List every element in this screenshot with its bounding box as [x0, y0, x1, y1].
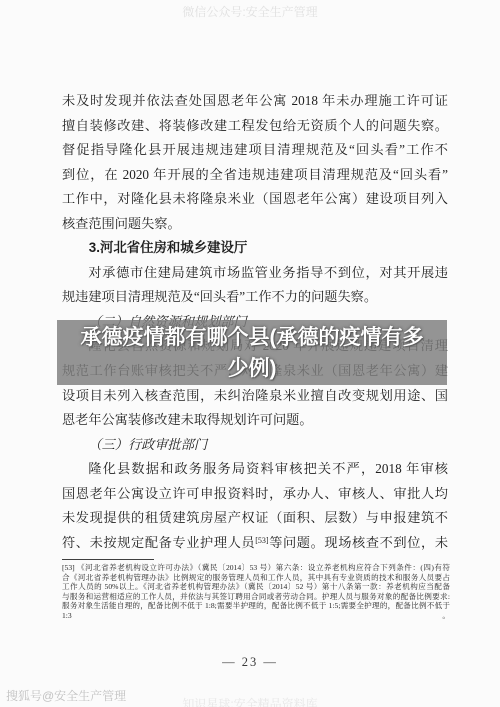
- footnote: [53] 《河北省养老机构设立许可办法》（冀民〔2014〕53 号）第六条：设立…: [62, 563, 450, 620]
- text-line: 未及时发现并依法查处国恩老年公寓 2018 年未办理施工许可证: [62, 89, 448, 114]
- paragraph: 隆化县数据和政务服务局资料审核把关不严，2018 年审核国恩老年公寓设立许可申报…: [62, 457, 448, 531]
- text-line: 与服务和运营相适应的工作人员，并依法与其签订聘用合同或者劳动合同。护理人员与服务…: [62, 592, 450, 602]
- text-line: 少例): [57, 353, 447, 384]
- line-text: 符、未按规定配备专业护理人员: [62, 535, 255, 550]
- text-line: 国恩老年公寓设立许可申报资料时，承办人、审核人、审批人均: [62, 482, 448, 507]
- text-line: [53] 《河北省养老机构设立许可办法》（冀民〔2014〕53 号）第六条：设立…: [62, 563, 450, 573]
- text-line: 服务对象生活能自理的，配备比例不低于 1:8;需要半护理的，配备比例不低于 1:…: [62, 601, 450, 611]
- footnote-ref: [53]: [255, 536, 268, 545]
- page-number: — 23 —: [0, 655, 500, 670]
- paragraph-line: 符、未按规定配备专业护理人员[53]等问题。现场核查不到位，未: [62, 531, 448, 556]
- watermark-top: 微信公众号:安全生产管理: [0, 3, 500, 20]
- section-heading-kai: （三）行政审批部门: [62, 433, 448, 458]
- text-line: 承德疫情都有哪个县(承德的疫情有多: [57, 322, 447, 353]
- document-page: 微信公众号:安全生产管理 未及时发现并依法查处国恩老年公寓 2018 年未办理施…: [0, 0, 500, 707]
- text-line: 规违建项目清理规范及“回头看”工作不力的问题失察。: [62, 285, 448, 310]
- text-line: 督促指导隆化县开展违规违建项目清理规范及“回头看”工作不: [62, 138, 448, 163]
- watermark-bottom-center: 知识星球:安全精品资料库: [0, 695, 500, 707]
- text-line: 核查范围问题失察。: [62, 212, 448, 237]
- text-line: 设项目未列入核查范围，未纠治隆泉米业擅自改变规划用途、国: [62, 384, 448, 409]
- text-line: 1:3。: [62, 611, 450, 621]
- text-line: 恩老年公寓装修改建未取得规划许可问题。: [62, 408, 448, 433]
- text-line: 合《河北省养老机构管理办法》比例规定的服务管理人员和工作人员，其中具有专业资质的…: [62, 573, 450, 583]
- section-heading-bold: 3.河北省住房和城乡建设厅: [62, 236, 448, 261]
- paragraph: 未及时发现并依法查处国恩老年公寓 2018 年未办理施工许可证擅自装修改建、将装…: [62, 89, 448, 236]
- text-line: 对承德市住建局建筑市场监管业务指导不到位，对其开展违: [62, 261, 448, 286]
- text-line: 工作人员的 50%以上。《河北省养老机构管理办法》（冀民〔2014〕52 号）第…: [62, 582, 450, 592]
- paragraph: 对承德市住建局建筑市场监管业务指导不到位，对其开展违规违建项目清理规范及“回头看…: [62, 261, 448, 310]
- line-text: 等问题。现场核查不到位，未: [269, 535, 448, 550]
- text-line: 到位，在 2020 年开展的全省违规违建项目清理规范及“回头看”: [62, 163, 448, 188]
- text-line: 隆化县数据和政务服务局资料审核把关不严，2018 年审核: [62, 457, 448, 482]
- footnote-separator: [62, 559, 154, 560]
- overlay-banner: 承德疫情都有哪个县(承德的疫情有多少例): [57, 320, 447, 385]
- text-line: 工作中，对隆化县未将隆泉米业（国恩老年公寓）建设项目列入: [62, 187, 448, 212]
- text-line: 擅自装修改建、将装修改建工程发包给无资质个人的问题失察。: [62, 114, 448, 139]
- overlay-title: 承德疫情都有哪个县(承德的疫情有多少例): [57, 322, 447, 384]
- text-line: 未发现提供的租赁建筑房屋产权证（面积、层数）与申报建筑不: [62, 506, 448, 531]
